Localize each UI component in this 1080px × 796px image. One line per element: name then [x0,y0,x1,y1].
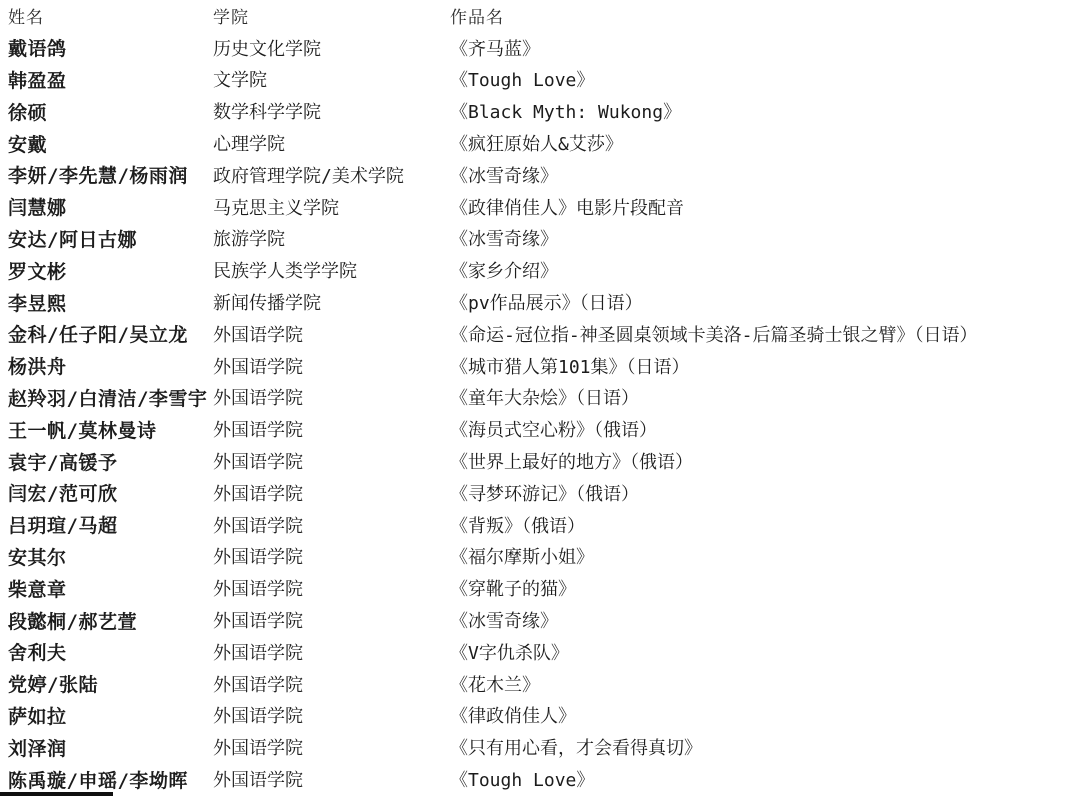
work-title: 《政律俏佳人》电影片段配音 [450,194,1080,220]
work-title: 《律政俏佳人》 [450,702,1080,728]
college-name: 外国语学院 [213,480,450,506]
bottom-partial-line [0,792,113,796]
college-name: 外国语学院 [213,321,450,347]
work-title: 《pv作品展示》（日语） [450,289,1080,315]
work-title: 《背叛》（俄语） [450,512,1080,538]
college-name: 政府管理学院/美术学院 [213,162,450,188]
college-name: 心理学院 [213,130,450,156]
college-name: 外国语学院 [213,734,450,760]
table-row: 韩盈盈 文学院 《Tough Love》 [0,64,1080,96]
college-name: 文学院 [213,66,450,92]
table-row: 党婷/张陆 外国语学院 《花木兰》 [0,668,1080,700]
table-row: 李昱熙 新闻传播学院 《pv作品展示》（日语） [0,286,1080,318]
work-title: 《疯狂原始人&艾莎》 [450,130,1080,156]
college-name: 外国语学院 [213,702,450,728]
table-row: 金科/任子阳/吴立龙 外国语学院 《命运-冠位指-神圣圆桌领域卡美洛-后篇圣骑士… [0,318,1080,350]
table-row: 安戴 心理学院 《疯狂原始人&艾莎》 [0,127,1080,159]
college-name: 外国语学院 [213,512,450,538]
table-row: 杨洪舟 外国语学院 《城市猎人第101集》（日语） [0,350,1080,382]
student-name: 陈禹璇/申瑶/李坳晖 [0,766,213,793]
work-title: 《齐马蓝》 [450,35,1080,61]
student-name: 金科/任子阳/吴立龙 [0,320,213,347]
table-row: 舍利夫 外国语学院 《V字仇杀队》 [0,636,1080,668]
student-name: 李妍/李先慧/杨雨润 [0,161,213,188]
table-row: 戴语鸽 历史文化学院 《齐马蓝》 [0,32,1080,64]
college-name: 外国语学院 [213,607,450,633]
student-name: 戴语鸽 [0,34,213,61]
dubbing-works-table: 姓名 学院 作品名 戴语鸽 历史文化学院 《齐马蓝》 韩盈盈 文学院 《Toug… [0,0,1080,795]
student-name: 安戴 [0,130,213,157]
table-row: 安达/阿日古娜 旅游学院 《冰雪奇缘》 [0,223,1080,255]
work-title: 《海员式空心粉》（俄语） [450,416,1080,442]
student-name: 袁宇/高锾予 [0,448,213,475]
column-header-work: 作品名 [450,3,1080,28]
table-row: 萨如拉 外国语学院 《律政俏佳人》 [0,700,1080,732]
college-name: 数学科学学院 [213,98,450,124]
student-name: 李昱熙 [0,289,213,316]
table-row: 李妍/李先慧/杨雨润 政府管理学院/美术学院 《冰雪奇缘》 [0,159,1080,191]
student-name: 闫宏/范可欣 [0,479,213,506]
table-row: 王一帆/莫林曼诗 外国语学院 《海员式空心粉》（俄语） [0,413,1080,445]
work-title: 《只有用心看，才会看得真切》 [450,734,1080,760]
table-row: 吕玥瑄/马超 外国语学院 《背叛》（俄语） [0,509,1080,541]
college-name: 历史文化学院 [213,35,450,61]
student-name: 王一帆/莫林曼诗 [0,416,213,443]
college-name: 外国语学院 [213,543,450,569]
student-name: 党婷/张陆 [0,670,213,697]
college-name: 民族学人类学学院 [213,257,450,283]
table-header-row: 姓名 学院 作品名 [0,0,1080,32]
table-row: 刘泽润 外国语学院 《只有用心看，才会看得真切》 [0,731,1080,763]
college-name: 外国语学院 [213,639,450,665]
work-title: 《花木兰》 [450,671,1080,697]
student-name: 徐硕 [0,98,213,125]
table-row: 赵羚羽/白清洁/李雪宇 外国语学院 《童年大杂烩》（日语） [0,382,1080,414]
student-name: 柴意章 [0,575,213,602]
work-title: 《冰雪奇缘》 [450,225,1080,251]
college-name: 新闻传播学院 [213,289,450,315]
work-title: 《Tough Love》 [450,66,1080,92]
work-title: 《冰雪奇缘》 [450,162,1080,188]
student-name: 罗文彬 [0,257,213,284]
college-name: 外国语学院 [213,575,450,601]
work-title: 《Black Myth: Wukong》 [450,98,1080,124]
work-title: 《穿靴子的猫》 [450,575,1080,601]
student-name: 安其尔 [0,543,213,570]
college-name: 外国语学院 [213,448,450,474]
table-row: 袁宇/高锾予 外国语学院 《世界上最好的地方》（俄语） [0,445,1080,477]
student-name: 闫慧娜 [0,193,213,220]
table-row: 罗文彬 民族学人类学学院 《家乡介绍》 [0,254,1080,286]
college-name: 旅游学院 [213,225,450,251]
student-name: 段懿桐/郝艺萱 [0,607,213,634]
work-title: 《福尔摩斯小姐》 [450,543,1080,569]
table-row: 闫宏/范可欣 外国语学院 《寻梦环游记》（俄语） [0,477,1080,509]
college-name: 外国语学院 [213,671,450,697]
student-name: 安达/阿日古娜 [0,225,213,252]
table-row: 徐硕 数学科学学院 《Black Myth: Wukong》 [0,95,1080,127]
student-name: 吕玥瑄/马超 [0,511,213,538]
table-row: 闫慧娜 马克思主义学院 《政律俏佳人》电影片段配音 [0,191,1080,223]
student-name: 杨洪舟 [0,352,213,379]
student-name: 刘泽润 [0,734,213,761]
college-name: 外国语学院 [213,353,450,379]
college-name: 外国语学院 [213,766,450,792]
column-header-college: 学院 [213,3,450,28]
student-name: 舍利夫 [0,638,213,665]
column-header-name: 姓名 [0,3,213,28]
college-name: 外国语学院 [213,384,450,410]
student-name: 萨如拉 [0,702,213,729]
work-title: 《V字仇杀队》 [450,639,1080,665]
work-title: 《Tough Love》 [450,766,1080,792]
table-row: 柴意章 外国语学院 《穿靴子的猫》 [0,572,1080,604]
table-row: 段懿桐/郝艺萱 外国语学院 《冰雪奇缘》 [0,604,1080,636]
work-title: 《城市猎人第101集》（日语） [450,353,1080,379]
college-name: 马克思主义学院 [213,194,450,220]
work-title: 《世界上最好的地方》（俄语） [450,448,1080,474]
student-name: 韩盈盈 [0,66,213,93]
work-title: 《寻梦环游记》（俄语） [450,480,1080,506]
work-title: 《家乡介绍》 [450,257,1080,283]
work-title: 《童年大杂烩》（日语） [450,384,1080,410]
work-title: 《冰雪奇缘》 [450,607,1080,633]
work-title: 《命运-冠位指-神圣圆桌领域卡美洛-后篇圣骑士银之臂》（日语） [450,321,1080,347]
table-body: 戴语鸽 历史文化学院 《齐马蓝》 韩盈盈 文学院 《Tough Love》 徐硕… [0,32,1080,795]
table-row: 安其尔 外国语学院 《福尔摩斯小姐》 [0,541,1080,573]
college-name: 外国语学院 [213,416,450,442]
table-row: 陈禹璇/申瑶/李坳晖 外国语学院 《Tough Love》 [0,763,1080,795]
student-name: 赵羚羽/白清洁/李雪宇 [0,384,213,411]
